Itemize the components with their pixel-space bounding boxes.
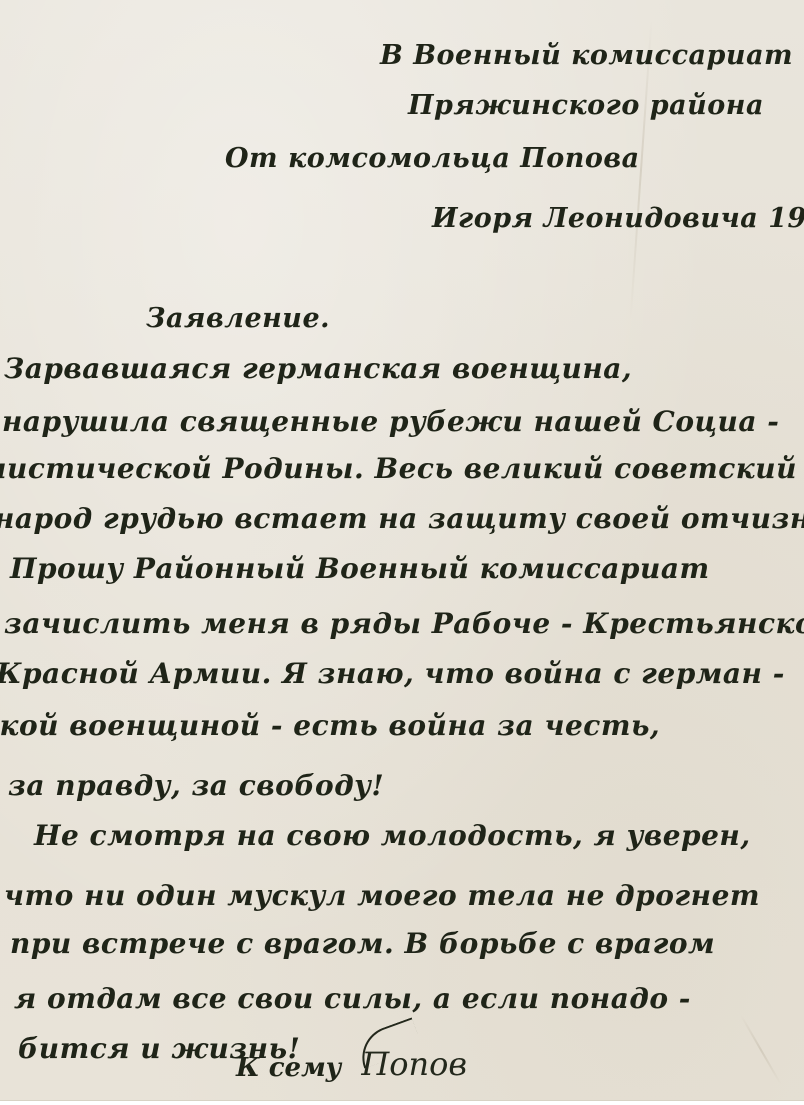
- document-title: Заявление.: [146, 305, 330, 332]
- closing-block: К сему Попов: [236, 1045, 473, 1083]
- sender-line-2: Игоря Леонидовича 192: [432, 205, 804, 232]
- signature: Попов: [355, 1045, 473, 1083]
- body-line: народ грудью встает на защиту своей отчи…: [0, 505, 804, 533]
- closing-label: К сему: [236, 1053, 341, 1083]
- addressee-line-1: В Военный комиссариат: [380, 42, 793, 69]
- body-line: я отдам все свои силы, а если понадо -: [14, 985, 691, 1013]
- body-line: при встрече с врагом. В борьбе с врагом: [10, 930, 715, 958]
- paper-fold-mark: [740, 1015, 782, 1085]
- document-paper: В Военный комиссариат Пряжинского района…: [0, 0, 804, 1101]
- body-line: Прошу Районный Военный комиссариат: [10, 555, 710, 583]
- body-line: ской военщиной - есть война за честь,: [0, 712, 660, 740]
- body-line: зачислить меня в ряды Рабоче - Крестьянс…: [4, 610, 804, 638]
- body-line: Не смотря на свою молодость, я уверен,: [34, 822, 751, 850]
- body-line: за правду, за свободу!: [8, 772, 384, 800]
- body-line: что ни один мускул моего тела не дрогнет: [4, 882, 760, 910]
- body-line: Зарвавшаяся германская военщина,: [4, 355, 632, 383]
- sender-line-1: От комсомольца Попова: [225, 145, 640, 172]
- body-line: нарушила священные рубежи нашей Социа -: [2, 408, 779, 436]
- body-line: Красной Армии. Я знаю, что война с герма…: [0, 660, 785, 688]
- addressee-line-2: Пряжинского района: [408, 92, 764, 119]
- body-line: листической Родины. Весь великий советск…: [0, 455, 797, 483]
